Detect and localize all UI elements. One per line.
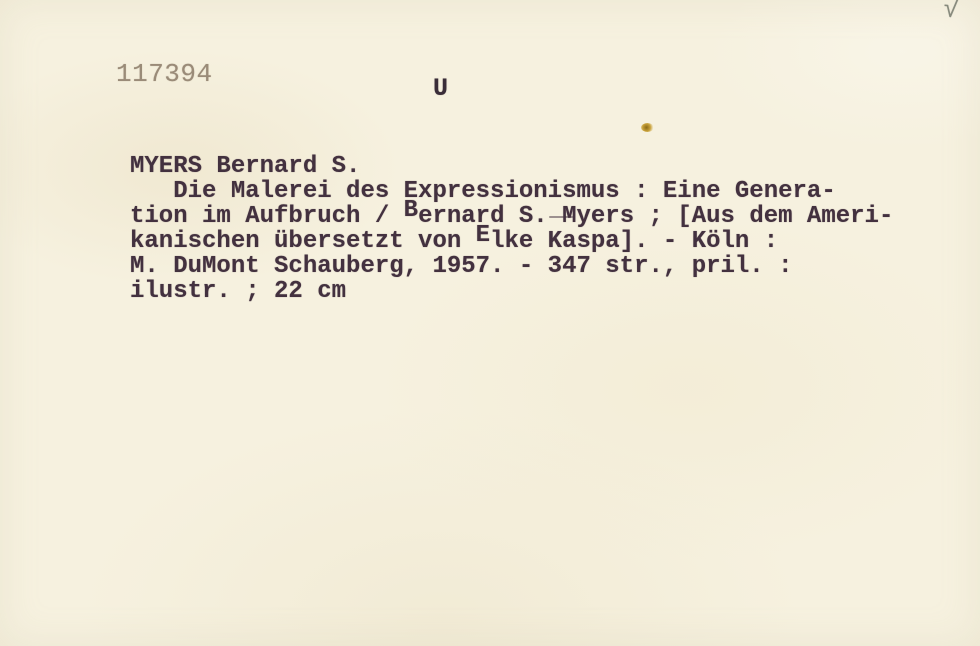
- entry-line: ilustr. ; 22 cm: [130, 279, 893, 304]
- raised-character: E: [476, 222, 490, 249]
- typewriter-stray-mark: [549, 216, 573, 218]
- entry-line: M. DuMont Schauberg, 1957. - 347 str., p…: [130, 254, 893, 279]
- paper-stain: [641, 123, 654, 132]
- entry-line: kanischen übersetzt von Elke Kaspa]. - K…: [130, 229, 893, 254]
- entry-line: tion im Aufbruch / Bernard S. Myers ; [A…: [130, 204, 893, 229]
- accession-number: 117394: [116, 58, 213, 90]
- entry-line: MYERS Bernard S.: [130, 154, 893, 179]
- raised-character: B: [404, 197, 418, 224]
- bibliographic-entry: MYERS Bernard S. Die Malerei des Express…: [130, 154, 893, 304]
- classification-letter: U: [433, 74, 448, 103]
- entry-line: Die Malerei des Expressionismus : Eine G…: [130, 179, 893, 204]
- pencil-checkmark-icon: √: [941, 0, 960, 27]
- catalog-card: 117394 U √ MYERS Bernard S. Die Malerei …: [0, 0, 980, 646]
